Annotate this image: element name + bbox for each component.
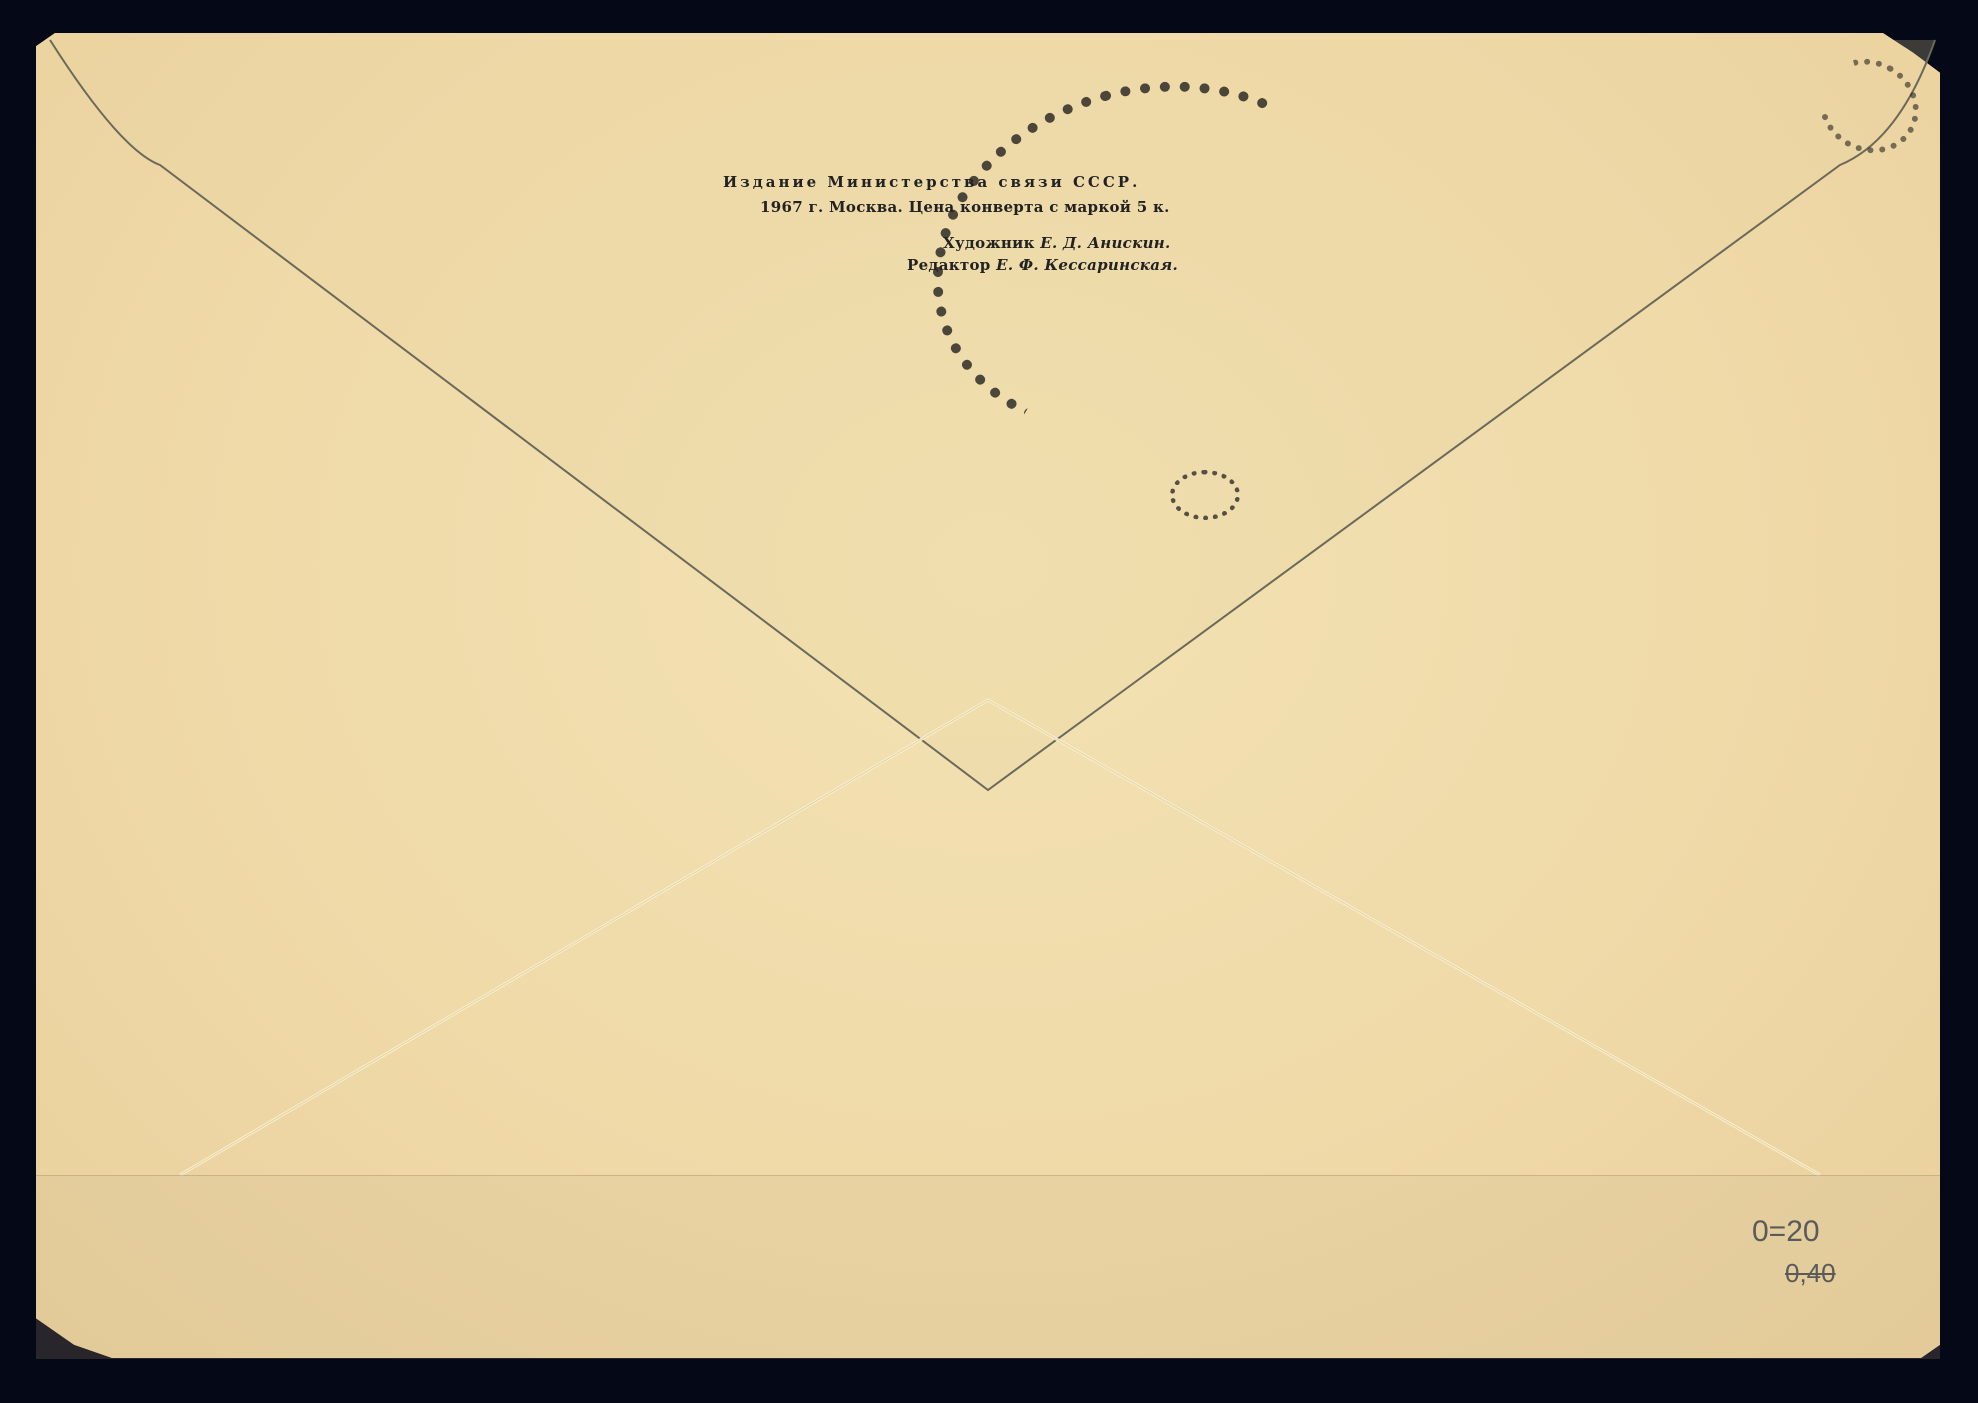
artist-name: Е. Д. Анискин. [1040,234,1170,252]
bottom-tape-band [36,1175,1940,1359]
pencil-price-struck: 0,40 [1785,1258,1836,1289]
editor-name: Е. Ф. Кессаринская. [996,256,1178,274]
editor-role: Редактор [907,256,991,274]
artist-line: Художник Е. Д. Анискин. [943,233,1171,253]
artist-role: Художник [943,234,1035,252]
pencil-price-current: 0=20 [1752,1215,1820,1249]
editor-line: Редактор Е. Ф. Кессаринская. [907,255,1178,275]
publisher-line: Издание Министерства связи СССР. [723,172,1140,192]
postmark-fragment [1170,470,1240,520]
year-price-line: 1967 г. Москва. Цена конверта с маркой 5… [760,197,1170,217]
